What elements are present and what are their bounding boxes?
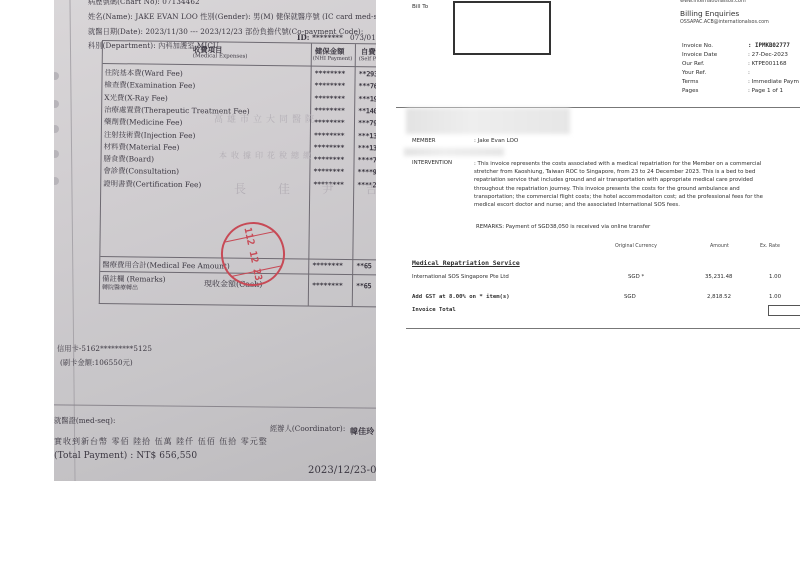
fee-item-nhi: ******** [314, 156, 345, 164]
section-title: Medical Repatriation Service [412, 259, 520, 267]
intervention-label: INTERVENTION [412, 160, 452, 166]
redacted-block [406, 108, 570, 134]
invoice-total-box [768, 305, 800, 316]
col-expenses-en: (Medical Expenses) [193, 53, 248, 60]
card-line: 信用卡-5162*********5125 [57, 344, 152, 354]
col-self-en: (Self Pay) [359, 56, 376, 62]
fee-item-label: 檢查費(Examination Fee) [104, 79, 195, 91]
footer-rule [406, 328, 800, 329]
total-payment: (Total Payment) : NT$ 656,550 [54, 451, 197, 461]
fee-item-self: ***19 [358, 95, 376, 103]
id-suffix: 073/01 [350, 33, 376, 42]
meta-row: Invoice Date: 27-Dec-2023 [682, 52, 799, 61]
divider [54, 404, 376, 408]
gst-currency: SGD [624, 294, 636, 300]
invoice-total-label: Invoice Total [412, 307, 456, 313]
gst-desc: Add GST at 8.00% on * item(s) [412, 294, 510, 300]
website: www.internationalsos.com [680, 0, 746, 4]
gst-rate: 1.00 [769, 294, 781, 300]
punch-hole [54, 100, 59, 108]
invoice-document: Bill To www.internationalsos.com Billing… [396, 0, 800, 340]
punch-hole [54, 125, 59, 133]
fee-item-nhi: ******** [315, 70, 346, 78]
coordinator-name: 韓佳玲 [350, 426, 374, 437]
meta-value: : IPMKB02777 [748, 43, 790, 52]
fee-item-label: 材料費(Material Fee) [104, 141, 180, 153]
punch-hole [54, 72, 59, 80]
bill-to-address-box [453, 1, 551, 55]
fee-item-self: **140 [358, 107, 376, 115]
th-ex-rate: Ex. Rate [760, 244, 780, 249]
meta-key: Invoice Date [682, 52, 748, 61]
watermark-stamp-tax: 本收據印花稅總繳 [219, 150, 315, 161]
print-timestamp: 2023/12/23-09: [308, 465, 376, 476]
meta-key: Invoice No. [682, 43, 748, 52]
th-amount: Amount [710, 244, 729, 249]
billing-email: OSSAPAC.ACB@internationalsos.com [680, 20, 769, 25]
chart-no: 病歷號碼(Chart No): 07134462 [88, 0, 200, 7]
member-label: MEMBER [412, 138, 436, 144]
fee-item-self: ***13 [358, 144, 376, 152]
meta-row: Our Ref.: KTPE001168 [682, 61, 799, 70]
meta-key: Terms [682, 79, 748, 88]
fee-item-label: 住院基本費(Ward Fee) [105, 67, 183, 79]
redacted-line [404, 148, 504, 156]
row-currency: SGD * [628, 274, 644, 280]
meta-key: Your Ref. [682, 70, 748, 79]
row-rate: 1.00 [769, 274, 781, 280]
fee-item-label: 膳食費(Board) [103, 153, 154, 165]
total-label: 醫療費用合計(Medical Fee Amount) [102, 259, 230, 272]
watermark-director: 長 佳 尹 吉 [234, 180, 376, 197]
fee-item-label: 證明書費(Certification Fee) [103, 178, 201, 190]
patient-name-line: 姓名(Name): JAKE EVAN LOO 性別(Gender): 男(M)… [88, 12, 376, 22]
fee-item-nhi: ******** [314, 119, 345, 127]
fee-item-self: **293 [359, 70, 376, 78]
fee-item-self: ***79 [358, 119, 376, 127]
medseq-label: 就醫證(med-seq): [54, 416, 116, 426]
fee-item-nhi: ******** [314, 143, 345, 151]
fee-item-nhi: ******** [314, 131, 345, 139]
remarks: REMARKS: Payment of SGD38,050 is receive… [476, 224, 650, 230]
meta-value: : Page 1 of 1 [748, 88, 783, 97]
fee-item-label: 藥劑費(Medicine Fee) [104, 116, 183, 128]
fee-item-nhi: ******** [314, 94, 345, 102]
fee-item-self: ****9 [357, 169, 376, 177]
member-value: : Jake Evan LOO [474, 138, 518, 144]
meta-value: : [748, 70, 750, 79]
card-amount: (刷卡金額:106550元) [60, 358, 133, 368]
fee-item-self: ****7 [358, 156, 376, 164]
meta-row: Terms: Immediate Paym [682, 79, 799, 88]
fee-item-label: 注射技術費(Injection Fee) [104, 129, 196, 141]
remarks-sub: 轉院醫療轉出 [102, 282, 138, 291]
cash-self: **65 [356, 282, 371, 290]
row-desc: International SOS Singapore Pte Ltd [412, 274, 509, 280]
receipt-photo: 病歷號碼(Chart No): 07134462 姓名(Name): JAKE … [54, 0, 376, 481]
meta-value: : KTPE001168 [748, 61, 787, 70]
intervention-text: : This invoice represents the costs asso… [474, 160, 774, 209]
punch-hole [54, 177, 59, 185]
fee-item-nhi: ******** [314, 106, 345, 114]
meta-row: Pages: Page 1 of 1 [682, 88, 799, 97]
fee-item-label: 會診費(Consultation) [103, 165, 179, 177]
cash-nhi: ******** [312, 282, 343, 290]
fee-item-self: ***13 [358, 132, 376, 140]
fee-item-self: ***76 [358, 82, 376, 90]
margin-line [69, 0, 75, 481]
total-self: **65 [356, 262, 371, 270]
watermark-hospital: 高雄市立大同醫院 [214, 112, 318, 125]
meta-value: : Immediate Paym [748, 79, 799, 88]
col-nhi-en: (NHI Payment) [313, 56, 353, 62]
coordinator-label: 經辦人(Coordinator): [270, 424, 345, 434]
bill-to-label: Bill To [412, 4, 428, 10]
amount-in-words: 實收到新台幣 零佰 陸拾 伍萬 陸仟 伍佰 伍拾 零元整 [54, 436, 268, 447]
row-amount: 35,231.48 [705, 274, 732, 280]
meta-row: Invoice No.: IPMKB02777 [682, 43, 799, 52]
gst-amount: 2,818.52 [707, 294, 731, 300]
billing-enquiries-title: Billing Enquiries [680, 9, 739, 18]
total-nhi: ******** [312, 262, 343, 270]
fee-item-label: X光費(X-Ray Fee) [104, 92, 168, 104]
meta-key: Pages [682, 88, 748, 97]
fee-item-nhi: ******** [314, 82, 345, 90]
th-original-currency: Original Currency [615, 244, 657, 249]
fee-item-nhi: ******** [313, 168, 344, 176]
id-label: ID: ******** [297, 33, 343, 42]
invoice-meta: Invoice No.: IPMKB02777Invoice Date: 27-… [682, 43, 799, 97]
meta-value: : 27-Dec-2023 [748, 52, 788, 61]
meta-row: Your Ref.: [682, 70, 799, 79]
punch-hole [54, 150, 59, 158]
meta-key: Our Ref. [682, 61, 748, 70]
